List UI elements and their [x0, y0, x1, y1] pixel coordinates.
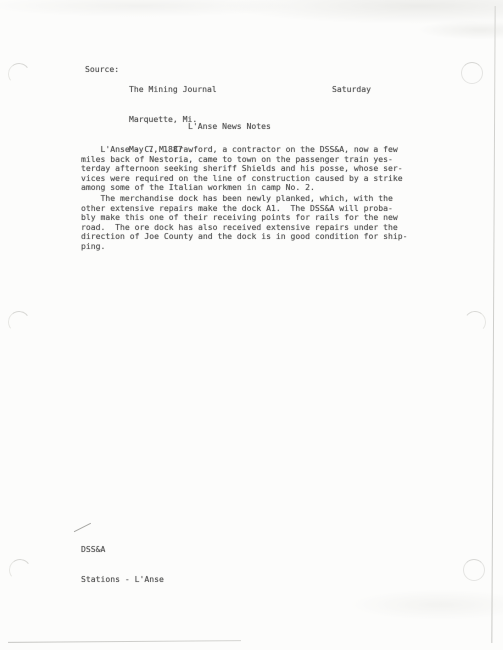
index-annotation: DSS&A Stations - L'Anse [81, 524, 164, 604]
punch-hole-right-middle [463, 310, 487, 334]
punch-hole-right-bottom [463, 559, 485, 581]
scanned-document-page: Source: The Mining Journal Marquette, Mi… [0, 0, 503, 650]
source-line-journal: The Mining Journal [129, 84, 217, 94]
index-annotation-station: Stations - L'Anse [81, 574, 164, 584]
punch-hole-left-bottom [8, 558, 33, 583]
punch-hole-right-top [461, 62, 483, 84]
article-title: L'Anse News Notes [188, 122, 271, 132]
article-paragraph-1: L'Anse - C. M. Crawford, a contractor on… [81, 145, 403, 193]
source-label: Source: [85, 64, 119, 74]
article-paragraph-2: The merchandise dock has been newly plan… [81, 194, 407, 251]
punch-hole-left-top [7, 62, 32, 87]
weekday-label: Saturday [332, 84, 371, 94]
index-annotation-railroad: DSS&A [81, 544, 164, 554]
punch-hole-left-middle [7, 310, 32, 335]
page-edge-bottom [8, 640, 241, 643]
page-edge-right [491, 6, 495, 643]
